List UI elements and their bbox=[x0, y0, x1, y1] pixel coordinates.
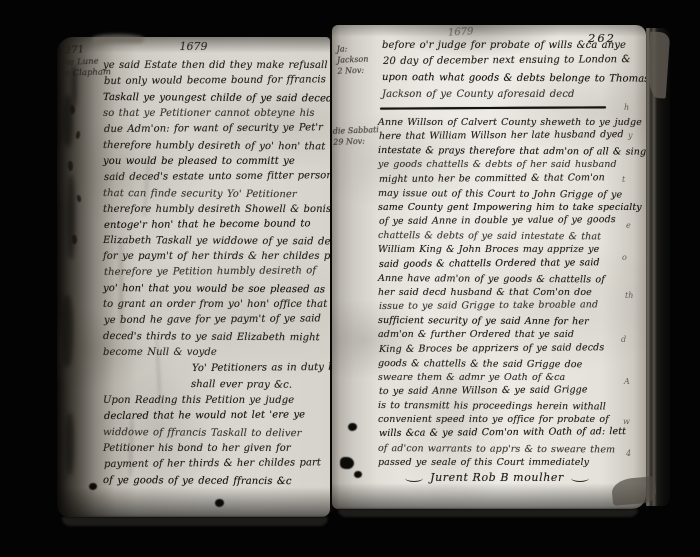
signature-flourish-left bbox=[405, 474, 423, 482]
handwritten-line: therefore humbly desireth of yo' hon' th… bbox=[103, 138, 329, 155]
ink-blot bbox=[89, 483, 97, 490]
signature-text: Jurent Rob B moulher bbox=[430, 471, 564, 484]
handwritten-line: sufficient security of ye said Anne for … bbox=[378, 314, 636, 330]
handwritten-line: may issue out of this Court to John Grig… bbox=[378, 187, 636, 203]
entry1-margin-note: Ja: Jackson 2 Nov: bbox=[336, 42, 381, 77]
entry2-margin-note-line: 29 Nov: bbox=[333, 135, 381, 148]
handwritten-line: issue to ye said Grigge to take broable … bbox=[379, 298, 637, 314]
entry1-text: before o'r judge for probate of wills &c… bbox=[382, 38, 632, 103]
handwritten-line: declared that he would not let 'ere ye bbox=[104, 407, 330, 425]
manuscript-photo: 271 1679 Die Lune ye Clapham ye said Est… bbox=[0, 0, 700, 557]
margin-edge-mark: h bbox=[624, 103, 629, 112]
binding-stain bbox=[61, 295, 73, 367]
left-page: 271 1679 Die Lune ye Clapham ye said Est… bbox=[57, 37, 330, 517]
handwritten-line: but only would become bound for ffrancis bbox=[104, 72, 330, 90]
handwritten-line: of ye goods of ye deced ffrancis &c bbox=[103, 473, 329, 490]
handwritten-line: wills &ca & ye said Com'on with Oath of … bbox=[379, 425, 637, 441]
ink-blot bbox=[215, 499, 224, 507]
handwritten-line: shall ever pray &c. bbox=[191, 377, 329, 394]
book-fore-edge bbox=[646, 28, 670, 506]
handwritten-line: payment of her thirds & her childes part bbox=[104, 455, 330, 473]
handwritten-line: might unto her be committed & that Com'o… bbox=[379, 171, 637, 187]
handwritten-line: is to transmitt his proceedings herein w… bbox=[378, 399, 636, 415]
handwritten-line: here that William Willson her late husba… bbox=[379, 128, 637, 144]
handwritten-line: upon oath what goods & debts belonge to … bbox=[382, 70, 632, 88]
handwritten-line: yo' hon' that you would be soe pleased a… bbox=[103, 281, 329, 298]
entry2-text: Anne Willson of Calvert County sheweth t… bbox=[378, 116, 636, 470]
page-block-edge-right bbox=[338, 509, 638, 517]
binding-stain bbox=[67, 175, 75, 259]
entry-divider-rule bbox=[380, 106, 606, 109]
handwritten-line: due Adm'on: for want of security ye Pet'… bbox=[104, 120, 330, 138]
entry2-margin-note: die Sabbati 29 Nov: bbox=[333, 124, 382, 148]
handwritten-line: of ye said Anne in double ye value of ye… bbox=[379, 213, 637, 229]
handwritten-line: said deced's estate unto some fitter per… bbox=[104, 168, 330, 186]
previous-page-corner bbox=[92, 34, 144, 43]
handwritten-line: Jackson of ye County aforesaid decd bbox=[382, 87, 632, 103]
handwritten-line: King & Broces be apprizers of ye said de… bbox=[379, 340, 637, 356]
handwritten-line: Yo' Petitioners as in duty bound bbox=[192, 360, 330, 377]
binding-stain bbox=[71, 65, 77, 107]
ink-smudge bbox=[76, 195, 81, 203]
handwritten-line: Elizabeth Taskall ye widdowe of ye said … bbox=[103, 233, 329, 250]
handwritten-line: become Null & voyde bbox=[103, 345, 329, 361]
bleedthrough-mark bbox=[119, 237, 123, 329]
binding-stain bbox=[65, 413, 74, 475]
ink-blot bbox=[354, 471, 362, 478]
signature-flourish-right bbox=[571, 474, 589, 482]
handwritten-line: chattells & debts of ye said intestate &… bbox=[378, 229, 636, 245]
ink-smudge bbox=[72, 235, 77, 244]
handwritten-line: 20 day of december next ensuing to Londo… bbox=[383, 52, 633, 70]
handwritten-line: passed ye seale of this Court immediatel… bbox=[378, 456, 636, 470]
handwritten-line: that can finde security Yo' Petitioner bbox=[103, 186, 329, 203]
right-year-heading: 1679 bbox=[448, 26, 474, 38]
clerk-signature: Jurent Rob B moulher bbox=[392, 471, 602, 484]
page-block-edge-left bbox=[62, 517, 328, 526]
handwritten-line: ye bond he gave for ye paym't of ye said bbox=[104, 311, 330, 329]
handwritten-line: so that ye Petitioner cannot obteyne his bbox=[103, 106, 329, 122]
handwritten-line: Petitioner his bond to her given for bbox=[103, 441, 329, 457]
handwritten-line: widdowe of ffrancis Taskall to deliver bbox=[103, 425, 329, 442]
right-page: 1679 262 Ja: Jackson 2 Nov: before o'r j… bbox=[332, 25, 646, 509]
handwritten-line: entoge'r hon' that he become bound to bbox=[104, 216, 330, 234]
handwritten-line: to ye said Anne Willson & ye said Grigge bbox=[379, 383, 637, 399]
entry2-margin-note-line: die Sabbati bbox=[333, 124, 381, 137]
entry1-margin-note-line: Ja: Jackson bbox=[336, 42, 381, 66]
handwritten-line: Taskall ye youngest childe of ye said de… bbox=[103, 90, 329, 107]
handwritten-line: therefore humbly desireth Showell & boni… bbox=[103, 202, 329, 218]
ink-smudge bbox=[70, 105, 75, 114]
handwritten-line: you would be pleased to committ ye bbox=[103, 154, 329, 170]
left-page-text: ye said Estate then did they make refusa… bbox=[103, 58, 329, 489]
ink-blot bbox=[340, 457, 354, 469]
handwritten-line: Anne have adm'on of ye goods & chattells… bbox=[378, 272, 636, 288]
handwritten-line: of ad'con warrants to app'rs & to sweare… bbox=[378, 442, 636, 458]
entry1-margin-note-line: 2 Nov: bbox=[337, 64, 381, 77]
handwritten-line: therefore ye Petition humbly desireth of bbox=[104, 264, 330, 282]
handwritten-line: said goods & chattells Ordered that ye s… bbox=[379, 256, 637, 272]
ink-blot bbox=[348, 423, 357, 431]
handwritten-line: deced's thirds to ye said Elizabeth migh… bbox=[103, 329, 329, 346]
ink-smudge bbox=[75, 131, 81, 140]
ink-smudge bbox=[68, 161, 73, 171]
